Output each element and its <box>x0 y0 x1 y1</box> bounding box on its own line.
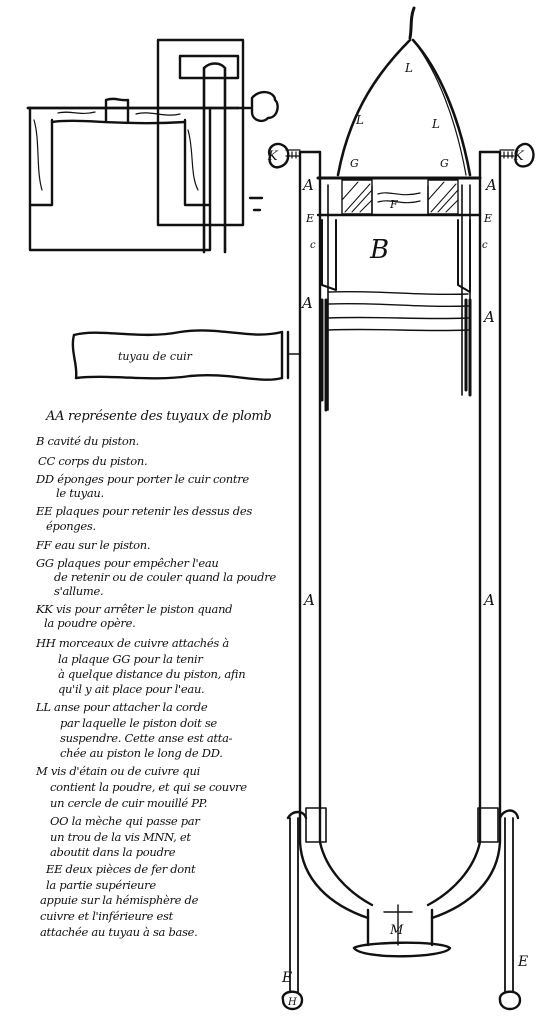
legend-line: par laquelle le piston doit se <box>60 716 217 730</box>
main-cylinder <box>269 144 533 842</box>
legend-line: EE deux pièces de fer dont <box>46 862 195 876</box>
label-K-right: K <box>513 149 525 164</box>
legend-line: GG plaques pour empêcher l'eau <box>36 556 219 570</box>
legs-EE <box>283 811 520 1010</box>
label-E-right: E <box>483 212 492 225</box>
label-A-top-left: A <box>301 176 314 194</box>
tube-caption: tuyau de cuir <box>118 350 193 363</box>
label-C-right: c <box>482 240 488 251</box>
legend-line: un trou de la vis MNN, et <box>50 830 191 844</box>
label-A-low-left: A <box>302 591 315 609</box>
legend-line: LL anse pour attacher la corde <box>36 700 207 714</box>
label-L-right: L <box>431 117 440 131</box>
legend-line: contient la poudre, et qui se couvre <box>50 780 247 794</box>
legend-line: chée au piston le long de DD. <box>60 746 223 760</box>
top-left-cross-section-sketch <box>28 40 278 252</box>
legend-line: B cavité du piston. <box>36 434 139 448</box>
legend-line: attachée au tuyau à sa base. <box>40 925 198 939</box>
legend-line: un cercle de cuir mouillé PP. <box>50 796 207 810</box>
label-H-foot: H <box>287 997 297 1008</box>
label-K-left: K <box>267 149 279 164</box>
label-F: F <box>389 198 398 211</box>
label-A-low-right: A <box>482 591 495 609</box>
legend-line: qu'il y ait place pour l'eau. <box>58 682 204 696</box>
legend-line: aboutit dans la poudre <box>50 845 175 859</box>
legend-line: la partie supérieure <box>46 878 156 892</box>
label-A-mid-left: A <box>300 294 313 312</box>
legend-line: HH morceaux de cuivre attachés à <box>36 636 229 650</box>
legend-line: KK vis pour arrêter le piston quand <box>36 602 232 616</box>
label-G-left: G <box>350 157 359 170</box>
legend-line: appuie sur la hémisphère de <box>40 893 198 907</box>
label-G-right: G <box>440 157 449 170</box>
label-E-foot-right: E <box>517 954 528 970</box>
label-C-left: c <box>310 240 316 251</box>
label-L-left: L <box>355 113 364 127</box>
legend-line: de retenir ou de couler quand la poudre <box>54 570 276 584</box>
label-M: M <box>389 923 404 938</box>
label-E-left: E <box>305 212 314 225</box>
legend-line: suspendre. Cette anse est atta- <box>60 731 232 745</box>
legend-line: FF eau sur le piston. <box>36 538 150 552</box>
label-A-mid-right: A <box>482 308 495 326</box>
legend-line: OO la mèche qui passe par <box>50 814 200 828</box>
legend-line: AA représente des tuyaux de plomb <box>46 410 271 424</box>
legend-line: DD éponges pour porter le cuir contre <box>36 472 249 486</box>
handle-LL <box>338 8 470 175</box>
legend-line: le tuyau. <box>56 486 104 500</box>
legend-line: la plaque GG pour la tenir <box>58 652 203 666</box>
label-L-top: L <box>404 61 413 75</box>
legend-line: la poudre opère. <box>44 616 135 630</box>
legend-line: EE plaques pour retenir les dessus des <box>36 504 252 518</box>
legend-line: M vis d'étain ou de cuivre qui <box>36 764 200 778</box>
legend-line: à quelque distance du piston, afin <box>58 667 245 681</box>
label-A-top-right: A <box>484 176 497 194</box>
legend-line: s'allume. <box>54 584 103 598</box>
legend-line: cuivre et l'inférieure est <box>40 909 173 923</box>
legend-line: éponges. <box>46 519 96 533</box>
legend-line: CC corps du piston. <box>38 454 147 468</box>
label-B: B <box>369 235 389 265</box>
label-E-foot-left: E <box>281 970 292 986</box>
